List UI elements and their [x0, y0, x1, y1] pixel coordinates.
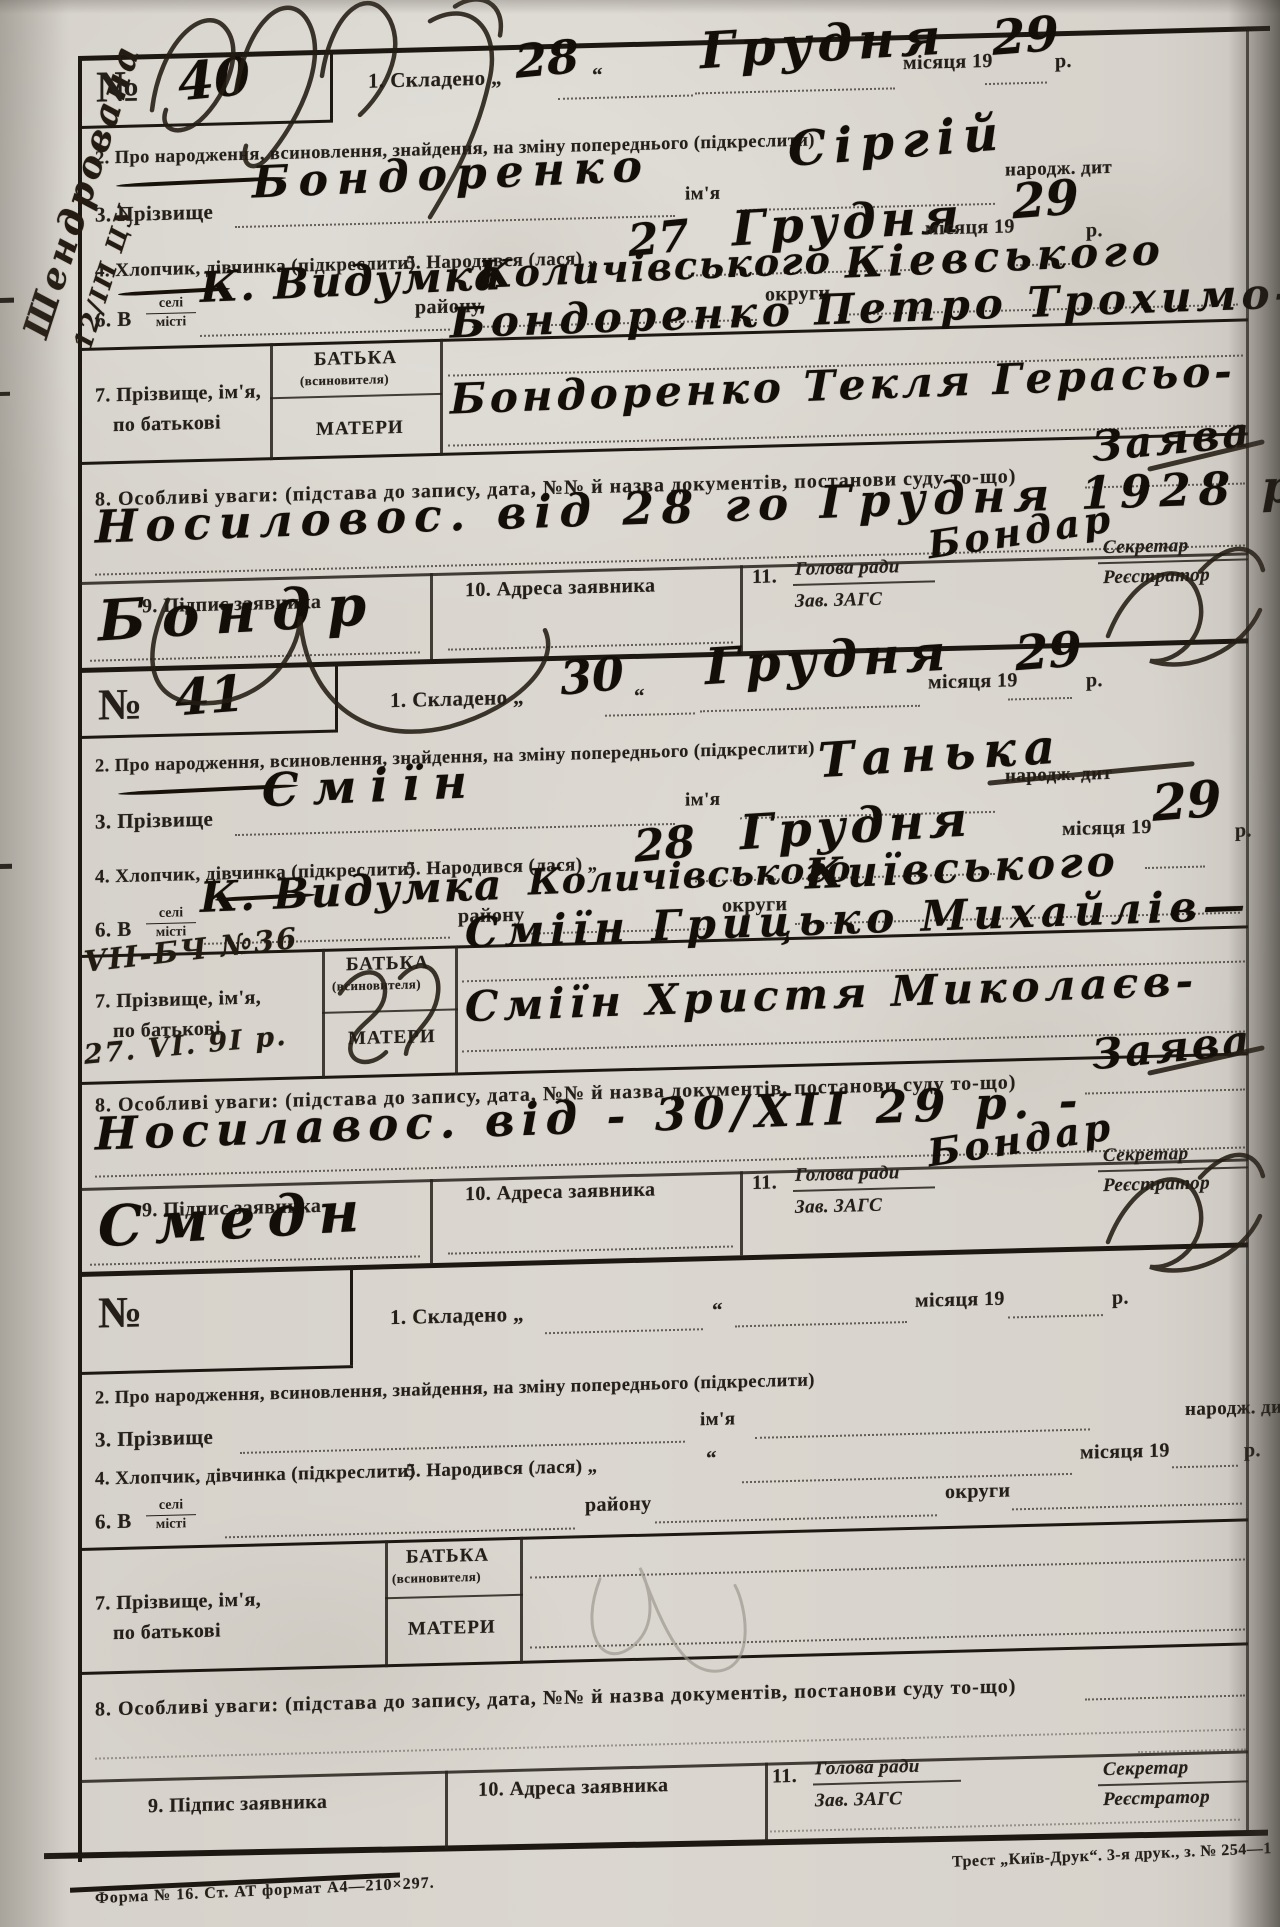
composed-month: Грудня	[704, 627, 952, 692]
scan-edge-left	[0, 0, 70, 1927]
secretary-label: Секретар	[1103, 536, 1189, 557]
head-of-council-label: Голова ради	[795, 557, 900, 579]
applicant-signature-label: 9. Підпис заявника	[148, 1792, 327, 1817]
mother-entry: Бондоренко Текля Герасьо-	[450, 351, 1236, 421]
in-label: 6. В	[95, 919, 132, 941]
secretary-divider	[1098, 558, 1248, 564]
name-label: ім'я	[685, 184, 720, 204]
year-r-label: р.	[1055, 51, 1072, 71]
name-label: ім'я	[700, 1409, 735, 1429]
parents-box-bottom	[80, 432, 1248, 465]
applicant-signature: Смедн	[97, 1183, 372, 1255]
dotted-rule	[200, 329, 450, 337]
form-border-top	[78, 26, 1270, 61]
composed-year: 29	[991, 10, 1060, 63]
dotted-rule	[742, 1473, 1072, 1483]
signature-col-1	[430, 1179, 433, 1263]
signature-col-1	[430, 573, 433, 661]
number-sign: №	[98, 682, 143, 727]
secretary-divider	[1098, 1166, 1248, 1172]
district-label: району	[585, 1494, 652, 1516]
dotted-rule	[448, 1245, 733, 1254]
registrar-label: Реєстратор	[1103, 1173, 1210, 1195]
parents-col-divider	[385, 1594, 523, 1599]
head-of-council-label: Голова ради	[795, 1163, 900, 1185]
dotted-rule	[1012, 1503, 1242, 1511]
composed-day: 28	[513, 33, 580, 85]
number-box-right	[335, 665, 338, 729]
head-divider	[793, 580, 935, 586]
secretary-divider	[1098, 1780, 1248, 1786]
mother-entry: Сміїн Христя Миколаєв-	[465, 960, 1198, 1028]
number-sign: №	[98, 1290, 143, 1335]
number-box-right	[330, 52, 333, 122]
head-of-council-label: Голова ради	[815, 1757, 920, 1779]
father-sublabel: (всиновителя)	[392, 1570, 481, 1585]
applicant-address-label: 10. Адреса заявника	[465, 575, 655, 600]
number-box-bottom	[80, 729, 338, 739]
applicant-address-label: 10. Адреса заявника	[478, 1775, 668, 1800]
record-number: 41	[174, 668, 246, 723]
village-option: селі	[159, 1497, 183, 1513]
parents-name-label-2: по батькові	[113, 412, 221, 435]
mother-label: МАТЕРИ	[408, 1617, 496, 1638]
child-name: Сіргій	[787, 109, 1007, 174]
year-r-label: р.	[1086, 670, 1103, 690]
father-sublabel: (всиновителя)	[332, 977, 421, 992]
in-label: 6. В	[95, 1511, 132, 1533]
signature-col-2	[740, 1171, 743, 1255]
composed-day: 30	[558, 650, 625, 702]
dotted-rule	[1085, 1089, 1245, 1095]
born-label: 5. Народився (лася) „	[406, 1457, 598, 1481]
father-label: БАТЬКА	[314, 348, 397, 369]
secretary-label: Секретар	[1103, 1144, 1189, 1165]
city-option: місті	[156, 1516, 186, 1532]
footer-printer: Трест „Київ-Друк“. 3-я друк., з. № 254—1	[952, 1841, 1272, 1871]
dotted-rule	[530, 1559, 1245, 1579]
quote-close: “	[706, 1448, 717, 1469]
surname-label: 3. Прізвище	[95, 1427, 213, 1451]
father-sublabel: (всиновителя)	[300, 372, 389, 387]
scan-edge-top	[0, 0, 1280, 14]
record-number: 40	[176, 51, 252, 110]
parents-name-label-2: по батькові	[113, 1620, 221, 1643]
month-19-label: місяця 19	[1080, 1440, 1170, 1462]
born-year: 29	[1011, 173, 1080, 226]
number-box-right	[350, 1269, 353, 1365]
officials-number: 11.	[772, 1766, 797, 1787]
parents-col-left	[385, 1540, 388, 1667]
dotted-rule	[605, 712, 695, 716]
parents-name-label: 7. Прізвище, ім'я,	[95, 1589, 261, 1613]
head-divider	[793, 1186, 935, 1192]
month-19-label: місяця 19	[915, 1289, 1005, 1311]
registry-form: Шендрована 12/ІІІ ЦУ № 40 1. Складено „ …	[0, 0, 1280, 1927]
zags-label: Зав. ЗАГС	[795, 590, 882, 611]
officials-number: 11.	[752, 1172, 777, 1193]
number-sign: №	[96, 64, 141, 109]
father-label: БАТЬКА	[346, 953, 429, 974]
dotted-rule	[240, 1441, 685, 1454]
parents-name-label: 7. Прізвище, ім'я,	[95, 381, 261, 405]
zags-label: Зав. ЗАГС	[795, 1196, 882, 1217]
dotted-rule	[770, 1819, 1240, 1833]
applicant-address-label: 10. Адреса заявника	[465, 1179, 655, 1204]
composed-year: 29	[1014, 625, 1083, 678]
dotted-rule	[1145, 866, 1205, 870]
dotted-rule	[235, 823, 675, 836]
dotted-rule	[700, 705, 920, 713]
number-box-bottom	[80, 1365, 353, 1375]
dotted-rule	[558, 94, 693, 99]
month-19-label: місяця 19	[928, 670, 1018, 692]
quote-close: “	[712, 1300, 723, 1321]
mother-label: МАТЕРИ	[316, 418, 404, 439]
dotted-rule	[545, 1328, 703, 1334]
city-option: місті	[156, 314, 186, 330]
registrar-label: Реєстратор	[1103, 565, 1210, 587]
composed-label: 1. Складено „	[390, 687, 524, 711]
signature-col-2	[765, 1763, 768, 1841]
applicant-signature: Бондр	[97, 576, 383, 649]
parents-col-right	[440, 339, 443, 456]
year-r-label: р.	[1112, 1287, 1129, 1307]
surname-label: 3. Прізвище	[95, 202, 213, 226]
record-type-label: 2. Про народження, всиновлення, знайденн…	[95, 1371, 815, 1408]
okruha-label: округи	[945, 1480, 1010, 1502]
parents-col-right	[520, 1537, 523, 1664]
scan-edge-right	[1228, 0, 1280, 1927]
dotted-rule	[755, 1428, 1090, 1438]
village-city-fraction: селі місті	[146, 295, 196, 331]
remarks-label: 8. Особливі уваги: (підстава до запису, …	[95, 1676, 1016, 1719]
parents-name-label: 7. Прізвище, ім'я,	[95, 987, 261, 1011]
dotted-rule	[655, 1514, 937, 1523]
surname-label: 3. Прізвище	[95, 809, 213, 833]
in-label: 6. В	[95, 309, 132, 331]
sex-label: 4. Хлопчик, дівчинка (підкреслити)	[95, 1462, 415, 1489]
village-option: селі	[159, 295, 183, 311]
dotted-rule	[1008, 1314, 1103, 1318]
scanned-registry-page: Шендрована 12/ІІІ ЦУ № 40 1. Складено „ …	[0, 0, 1280, 1927]
month-19-label: місяця 19	[903, 51, 993, 73]
zags-label: Зав. ЗАГС	[815, 1789, 902, 1810]
head-divider	[813, 1780, 961, 1786]
dotted-rule	[735, 1321, 907, 1327]
secretary-label: Секретар	[1103, 1758, 1189, 1779]
parents-box-bottom	[80, 1642, 1248, 1675]
quote-close: “	[634, 686, 645, 707]
child-surname: Сміїн	[262, 758, 482, 813]
composed-label: 1. Складено „	[368, 67, 502, 91]
officials-number: 11.	[752, 566, 777, 587]
born-year: 29	[1151, 774, 1223, 829]
signature-col-1	[445, 1771, 448, 1849]
birth-child-label: народж. дит	[1005, 764, 1112, 786]
village-city-fraction: селі місті	[146, 1497, 196, 1533]
dotted-rule	[95, 545, 1245, 576]
mother-label: МАТЕРИ	[348, 1027, 436, 1048]
dotted-rule	[985, 82, 1047, 86]
name-label: ім'я	[685, 790, 720, 810]
parents-col-divider	[270, 393, 442, 399]
dotted-rule	[1008, 697, 1072, 701]
dotted-rule	[235, 215, 675, 228]
quote-close: “	[592, 65, 603, 86]
father-label: БАТЬКА	[406, 1546, 489, 1567]
composed-label: 1. Складено „	[390, 1304, 524, 1328]
dotted-rule	[1085, 1695, 1245, 1701]
dotted-rule	[695, 87, 895, 94]
registrar-label: Реєстратор	[1103, 1787, 1210, 1809]
parents-col-divider	[322, 1008, 458, 1013]
village-option: селі	[159, 905, 183, 921]
parents-col-left	[270, 343, 273, 460]
